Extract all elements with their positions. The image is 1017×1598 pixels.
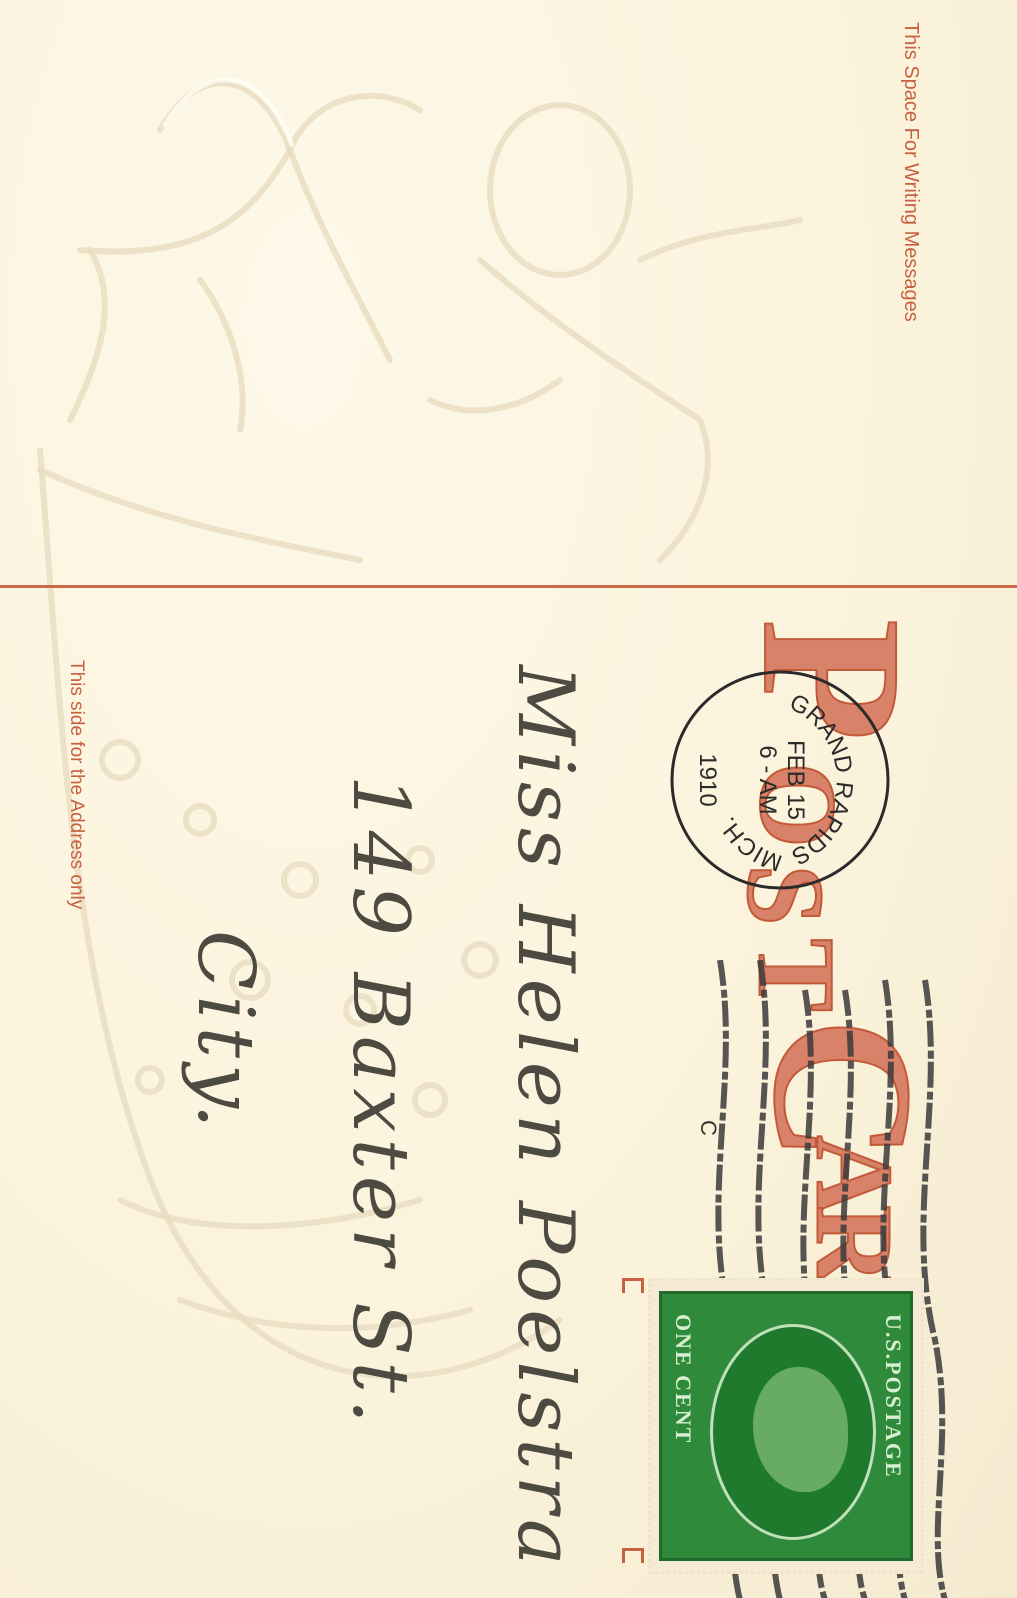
postage-stamp: ONE CENT U.S.POSTAGE — [648, 1278, 924, 1574]
stamp-corner-mark — [622, 1278, 644, 1293]
postmark-date: FEB 15 — [782, 740, 809, 820]
stamp-country-label: U.S.POSTAGE — [880, 1314, 906, 1479]
postcard: This Space For Writing Messages This sid… — [0, 0, 1017, 1598]
address-street: 149 Baxter St. — [335, 775, 425, 1430]
cancellation-letter: C — [695, 1120, 721, 1136]
postmark-year: 1910 — [694, 753, 721, 806]
address-city: City. — [180, 930, 270, 1134]
franklin-portrait-icon — [753, 1367, 848, 1492]
stamp-corner-mark — [622, 1548, 644, 1563]
address-recipient: Miss Helen Poelstra — [500, 665, 590, 1572]
message-area-caption: This Space For Writing Messages — [899, 22, 922, 322]
address-area-caption: This side for the Address only — [65, 660, 87, 909]
postmark: GRAND RAPIDS MICH. 1910 FEB 15 6 - AM — [660, 660, 900, 900]
stamp-frame: ONE CENT U.S.POSTAGE — [659, 1291, 913, 1561]
stamp-portrait-oval — [710, 1324, 876, 1540]
postmark-time: 6 - AM — [754, 745, 781, 814]
stamp-denomination-label: ONE CENT — [670, 1314, 696, 1444]
message-address-divider — [0, 585, 1017, 588]
